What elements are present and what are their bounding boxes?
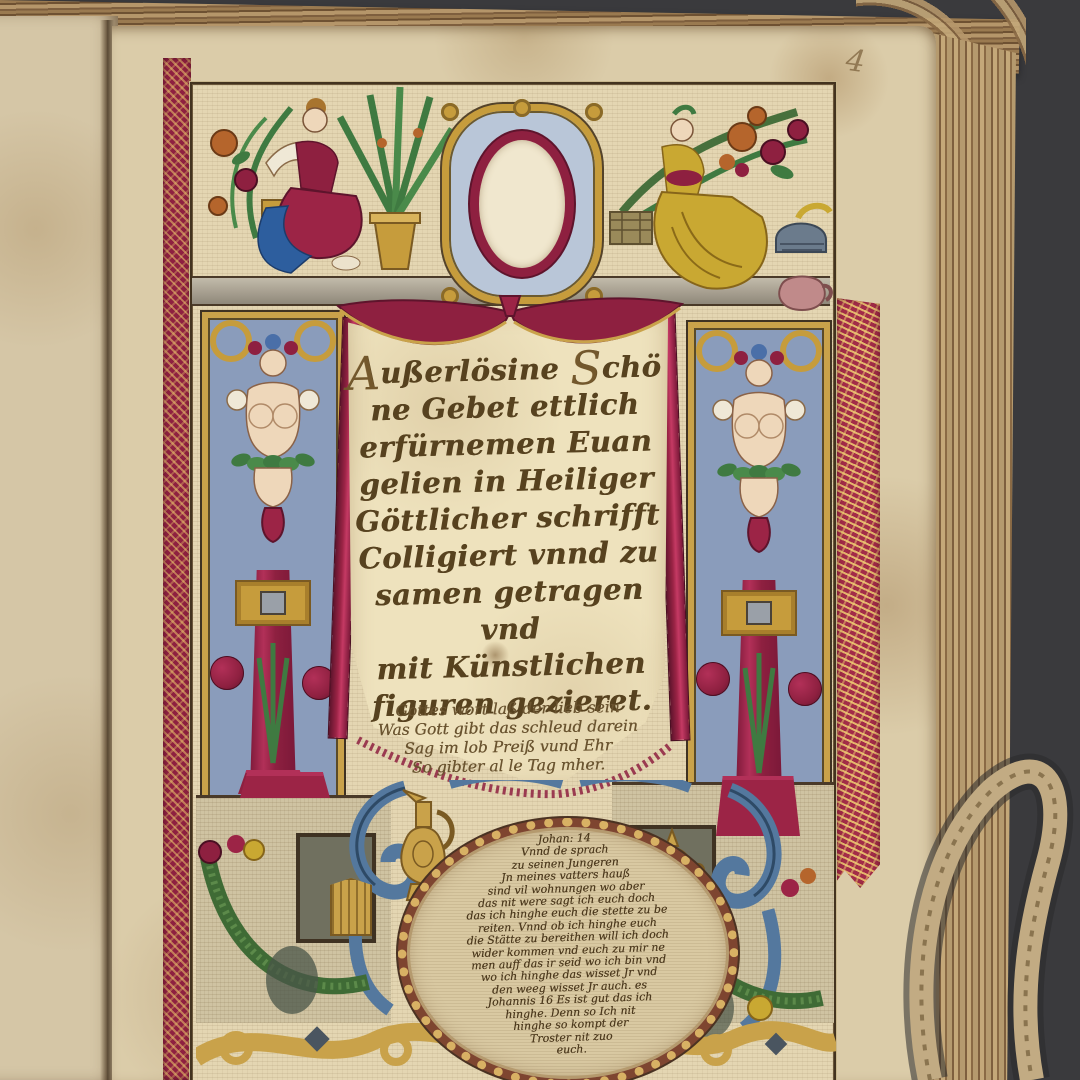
- book-photo: 4: [0, 0, 1080, 1080]
- title-line: samen getragen vnd: [351, 570, 669, 652]
- damask-border-strip: [163, 58, 191, 1080]
- crimson-plinth: [240, 772, 330, 798]
- column-foliage: [739, 638, 779, 778]
- title-text-block: Außerlösine Schö ne Gebet ettlich erfürn…: [346, 348, 671, 726]
- leather-tie: [896, 672, 1080, 1080]
- left-caryatid-pilaster: [202, 312, 344, 810]
- gold-turret: [330, 878, 372, 936]
- scripture-text-block: Johan: 14 Vnnd de sprach zu seinen Junge…: [403, 827, 733, 1061]
- column-foliage: [253, 628, 293, 768]
- scripture-medallion: Johan: 14 Vnnd de sprach zu seinen Junge…: [398, 818, 738, 1080]
- oval-cartouche: [442, 104, 602, 304]
- caryatid-figure: [709, 342, 809, 554]
- gilt-filigree-strip: [836, 298, 880, 888]
- verse-text-block: Gottes wort laß der lieb sein Was Gott g…: [355, 697, 660, 778]
- helmet-and-jug-illustration: [768, 198, 838, 316]
- right-caryatid-pilaster: [688, 322, 830, 810]
- blank-oval-medallion: [470, 131, 574, 277]
- caryatid-figure: [223, 332, 323, 544]
